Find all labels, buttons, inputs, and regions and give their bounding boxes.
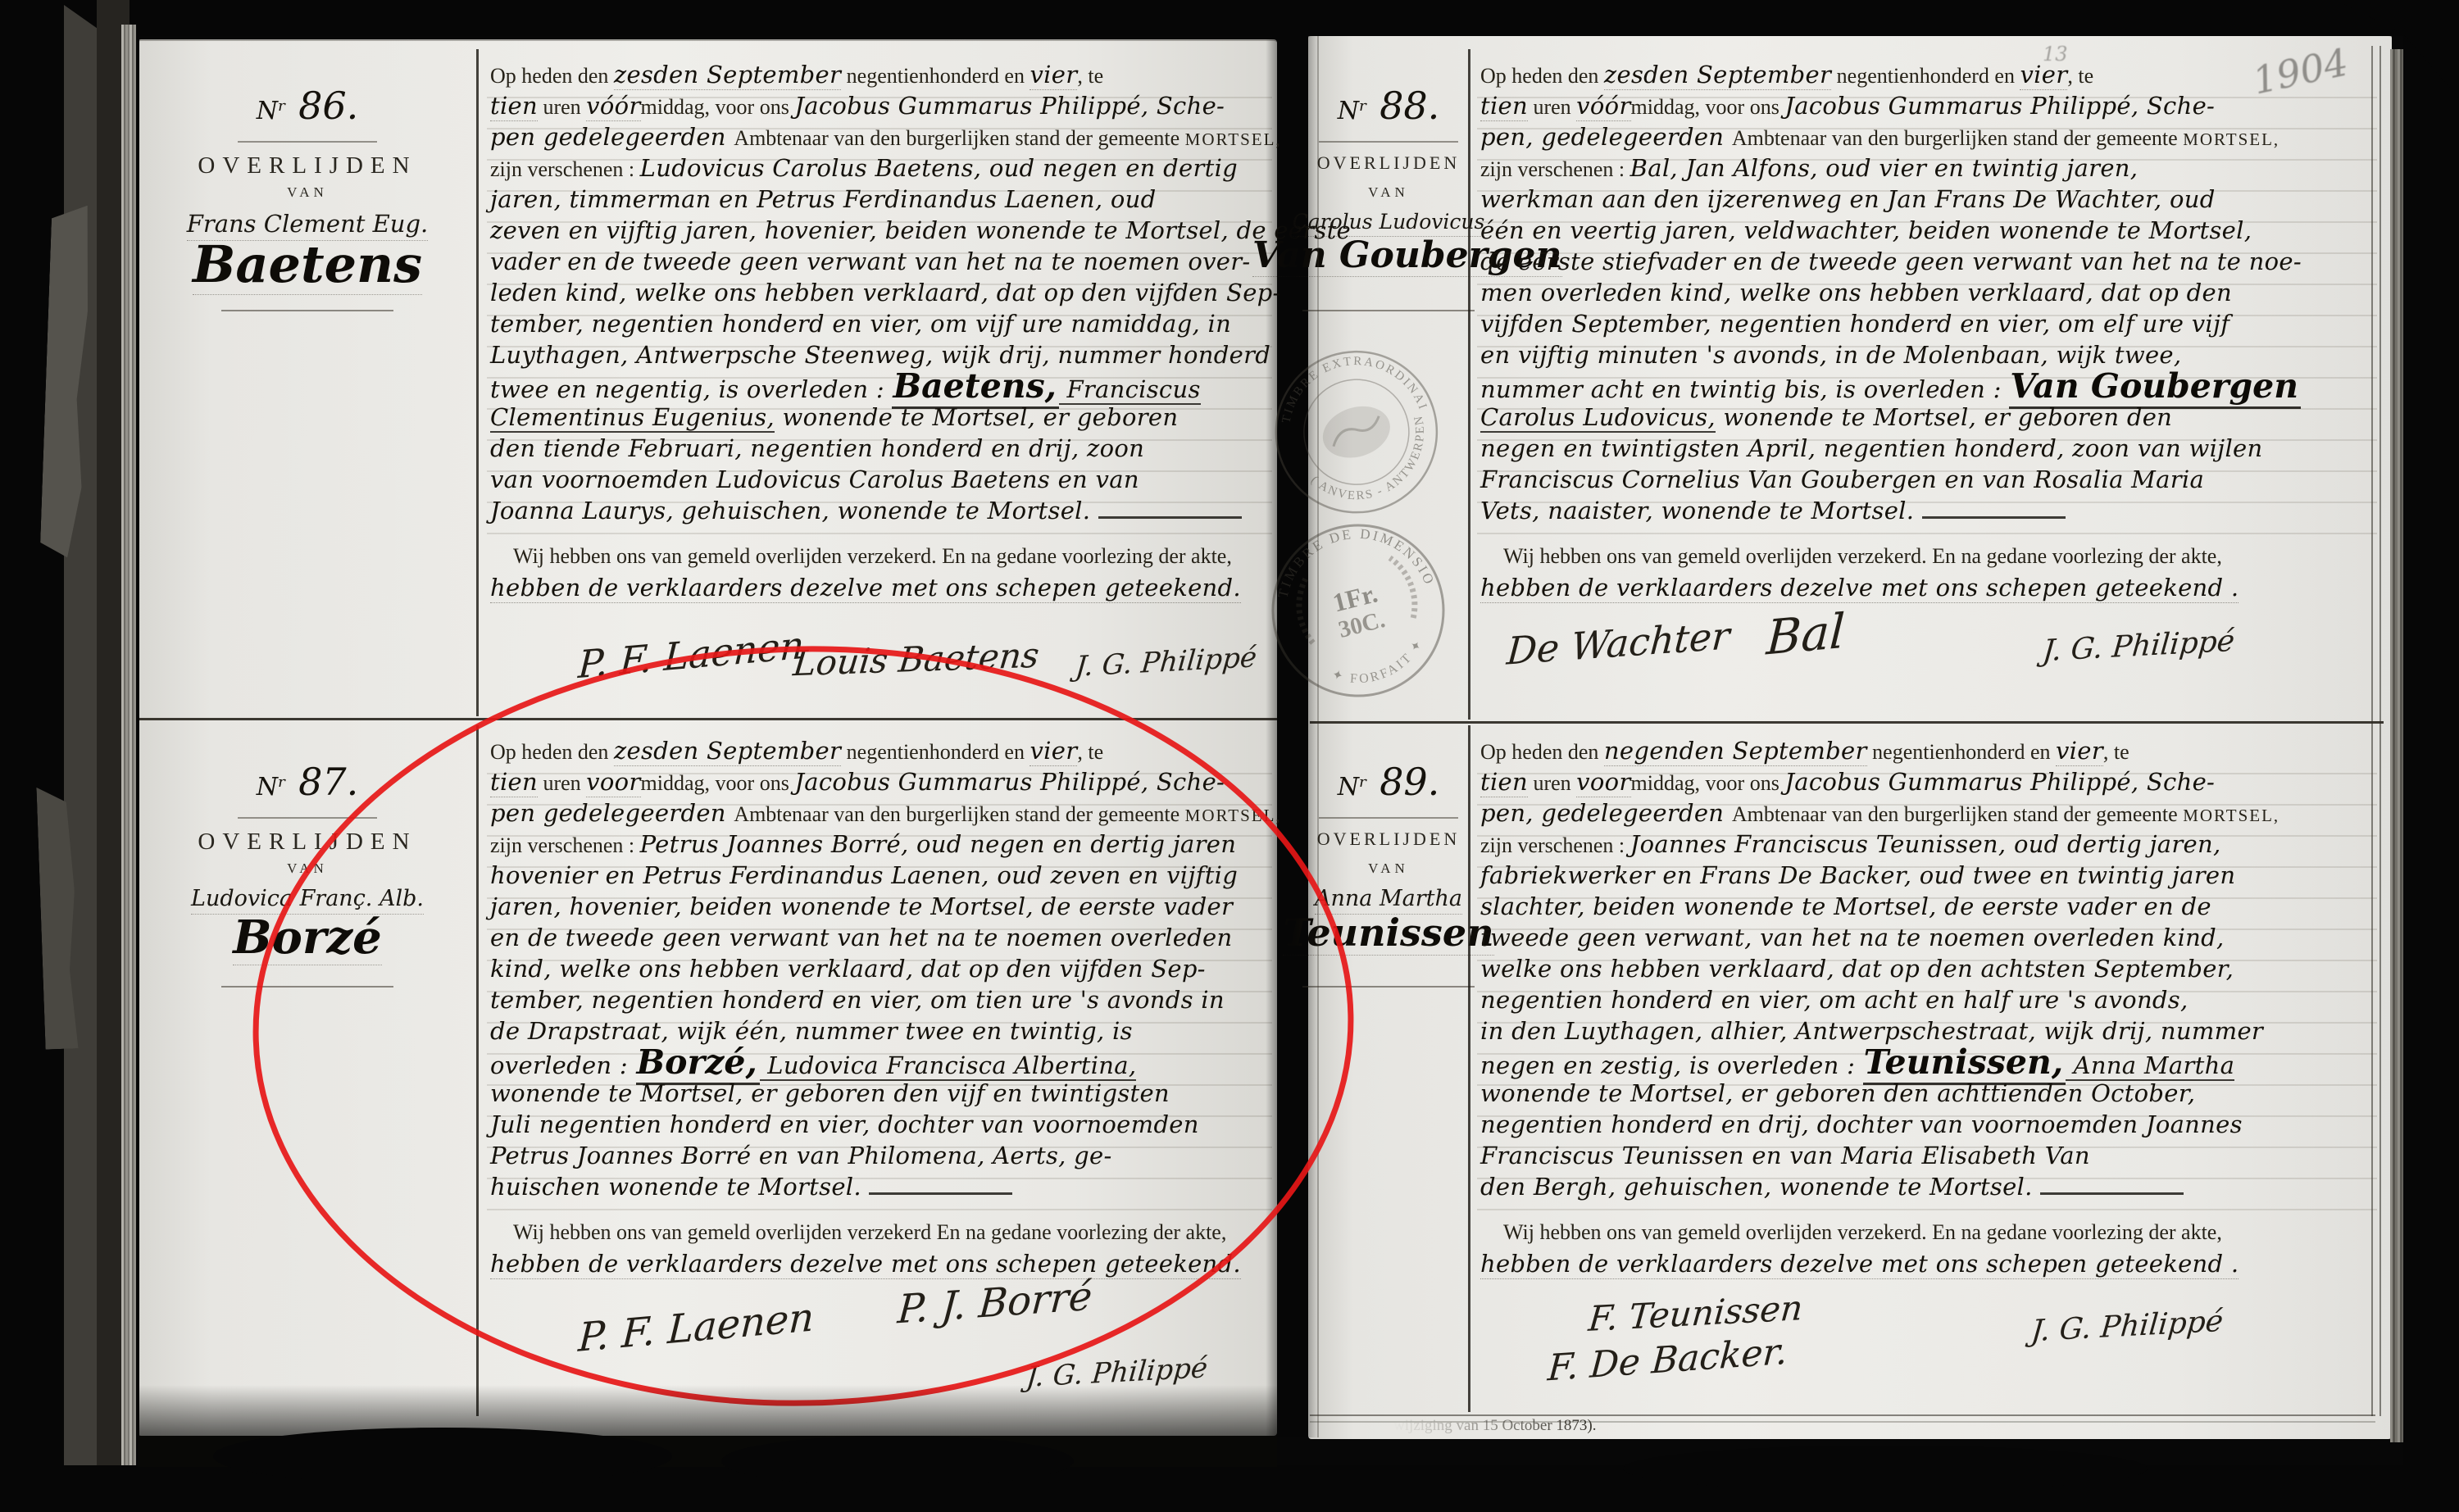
bottom-torn-blob (213, 1428, 672, 1485)
page-edge-stack (121, 25, 136, 1467)
bottom-torn-blob2 (721, 1436, 1074, 1487)
scanned-register-page: Nʳ 86.OVERLIJDENVANFrans Clement Eug.Bae… (0, 0, 2459, 1512)
frame-right (2403, 0, 2459, 1512)
red-oval-annotation (0, 0, 2459, 1512)
page-edge-stack-right (2390, 49, 2403, 1442)
frame-top (136, 0, 2459, 36)
bottom-torn-blob3 (1623, 1446, 2148, 1492)
